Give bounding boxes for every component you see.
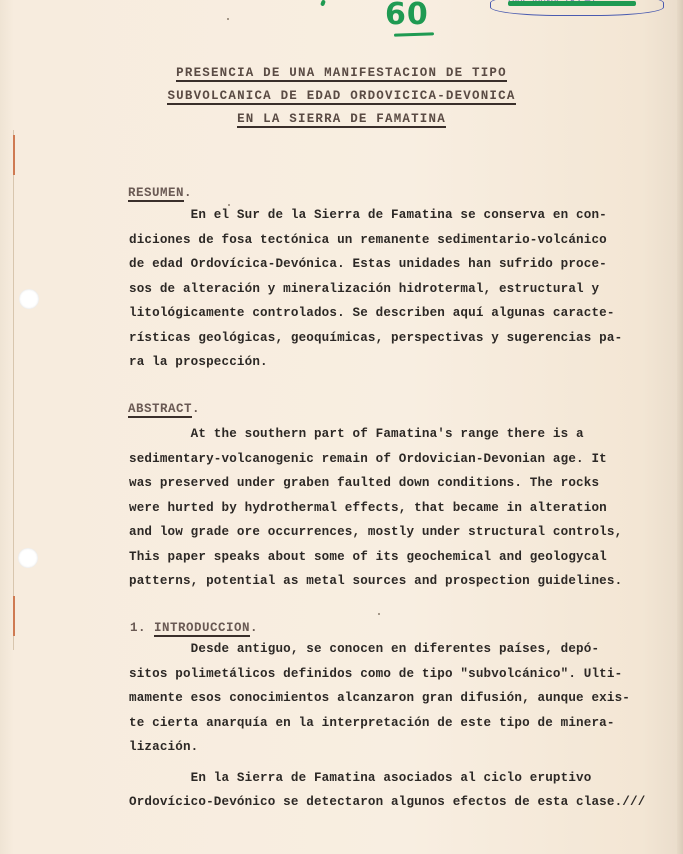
handwritten-page-number: 60	[385, 0, 429, 30]
document-page: 60 (Ver anexos 182 =) PRESENCIA DE UNA M…	[0, 0, 683, 854]
page-number-underline	[394, 32, 434, 36]
title-line-2: SUBVOLCANICA DE EDAD ORDOVICICA-DEVONICA	[0, 85, 683, 108]
margin-mark	[13, 596, 15, 636]
stamp-strikethrough	[508, 1, 636, 6]
ink-mark	[320, 0, 326, 7]
abstract-heading: ABSTRACT.	[128, 402, 200, 416]
punch-hole-bottom	[18, 548, 38, 568]
resumen-body: En el Sur de la Sierra de Famatina se co…	[129, 203, 622, 375]
paper-speck	[378, 613, 380, 615]
title-line-1: PRESENCIA DE UNA MANIFESTACION DE TIPO	[0, 62, 683, 85]
title-line-3: EN LA SIERRA DE FAMATINA	[0, 108, 683, 131]
introduccion-heading: 1. INTRODUCCION.	[130, 621, 258, 635]
document-title: PRESENCIA DE UNA MANIFESTACION DE TIPO S…	[0, 62, 683, 131]
margin-line	[13, 130, 14, 650]
paper-speck	[228, 204, 230, 206]
punch-hole-top	[19, 289, 39, 309]
resumen-heading: RESUMEN.	[128, 186, 192, 200]
paper-speck	[227, 18, 229, 20]
introduccion-body: Desde antiguo, se conocen en diferentes …	[129, 637, 645, 815]
abstract-body: At the southern part of Famatina's range…	[129, 422, 622, 594]
margin-mark	[13, 135, 15, 175]
